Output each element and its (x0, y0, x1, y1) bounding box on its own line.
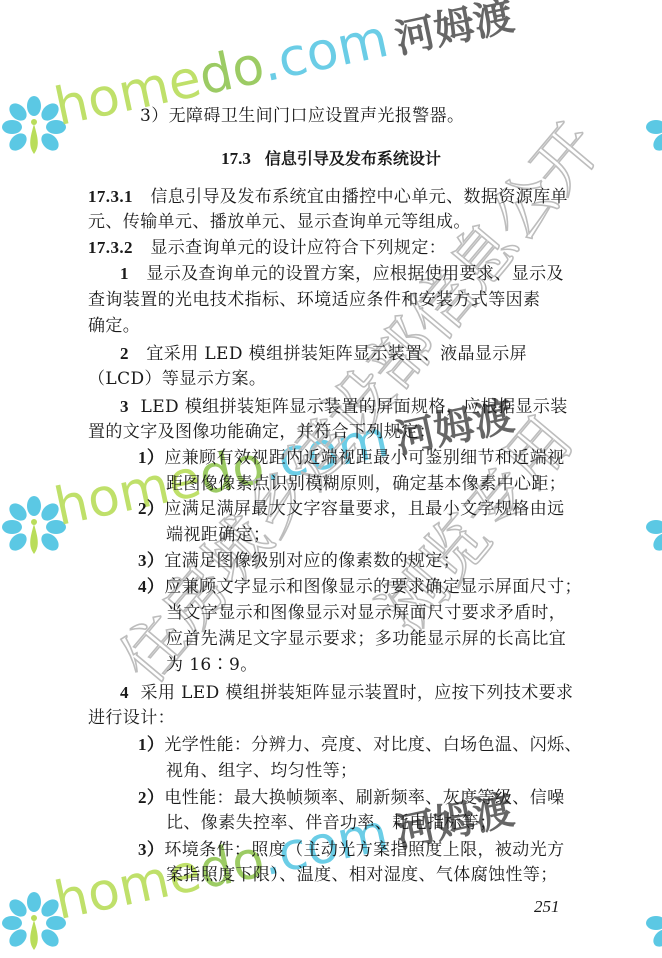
clause-17-3-1-line-2: 元、传输单元、播放单元、显示查询单元等组成。 (88, 210, 578, 234)
item-4-sub-3-line-1: 3）环境条件：照度（主动光方案指照度上限，被动光方 (138, 838, 628, 862)
homedo-flower-icon (2, 494, 66, 558)
intro-list-item: 3）无障碍卫生间门口应设置声光报警器。 (140, 104, 630, 128)
item-3-sub-4-line-3: 应首先满足文字显示要求；多功能显示屏的长高比宜 (166, 627, 656, 651)
item-3-sub-1-line-2: 距图像像素点识别模糊原则，确定基本像素中心距； (166, 472, 656, 496)
item-2-line-1: 2 宜采用 LED 模组拼装矩阵显示装置、液晶显示屏 (120, 342, 610, 366)
item-4-line-1: 4 采用 LED 模组拼装矩阵显示装置时，应按下列技术要求 (120, 681, 610, 705)
document-page: 住房城乡建设部信息公开 浏览专用 homedo.com河姆渡 homedo.co… (0, 0, 662, 958)
item-3-sub-4-line-2: 当文字显示和图像显示对显示屏面尺寸要求矛盾时， (166, 601, 656, 625)
clause-number: 17.3.2 (88, 238, 133, 257)
item-4-sub-3-line-2: 案指照度下限）、温度、相对湿度、气体腐蚀性等； (166, 863, 656, 887)
homedo-flower-icon (2, 890, 66, 954)
item-3-sub-2-line-2: 端视距确定； (166, 523, 656, 547)
section-number: 17.3 (221, 149, 251, 168)
section-heading: 17.3信息引导及发布系统设计 (0, 146, 662, 169)
item-4-sub-2-line-1: 2）电性能：最大换帧频率、刷新频率、灰度等级、信噪 (138, 786, 628, 810)
page-number: 251 (534, 897, 560, 917)
item-4-sub-2-line-2: 比、像素失控率、伴音功率、耗电指标等； (166, 811, 656, 835)
item-1-line-3: 确定。 (88, 314, 578, 338)
clause-17-3-1-line-1: 17.3.1 信息引导及发布系统宜由播控中心单元、数据资源库单 (88, 185, 578, 209)
item-3-sub-1-line-1: 1）应兼顾有效视距内近端视距最小可鉴别细节和近端视 (138, 446, 628, 470)
item-3-line-1: 3 LED 模组拼装矩阵显示装置的屏面规格，应根据显示装 (120, 395, 610, 419)
item-3-sub-4-line-1: 4）应兼顾文字显示和图像显示的要求确定显示屏面尺寸； (138, 575, 628, 599)
item-4-sub-1-line-2: 视角、组字、均匀性等； (166, 759, 656, 783)
item-1-line-1: 1 显示及查询单元的设置方案，应根据使用要求、显示及 (120, 262, 610, 286)
item-1-line-2: 查询装置的光电技术指标、环境适应条件和安装方式等因素 (88, 288, 578, 312)
item-4-sub-1-line-1: 1）光学性能：分辨力、亮度、对比度、白场色温、闪烁、 (138, 733, 628, 757)
clause-number: 17.3.1 (88, 187, 133, 206)
section-title: 信息引导及发布系统设计 (265, 149, 441, 168)
item-3-line-2: 置的文字及图像功能确定，并符合下列规定： (88, 420, 578, 444)
homedo-flower-icon (646, 890, 662, 954)
item-3-sub-4-line-4: 为 16∶9。 (166, 653, 656, 677)
clause-17-3-2-line-1: 17.3.2 显示查询单元的设计应符合下列规定： (88, 236, 578, 260)
item-4-line-2: 进行设计： (88, 706, 578, 730)
item-3-sub-3-line-1: 3）宜满足图像级别对应的像素数的规定； (138, 549, 628, 573)
item-2-line-2: （LCD）等显示方案。 (88, 367, 578, 391)
item-3-sub-2-line-1: 2）应满足满屏最大文字容量要求，且最小文字规格由远 (138, 497, 628, 521)
